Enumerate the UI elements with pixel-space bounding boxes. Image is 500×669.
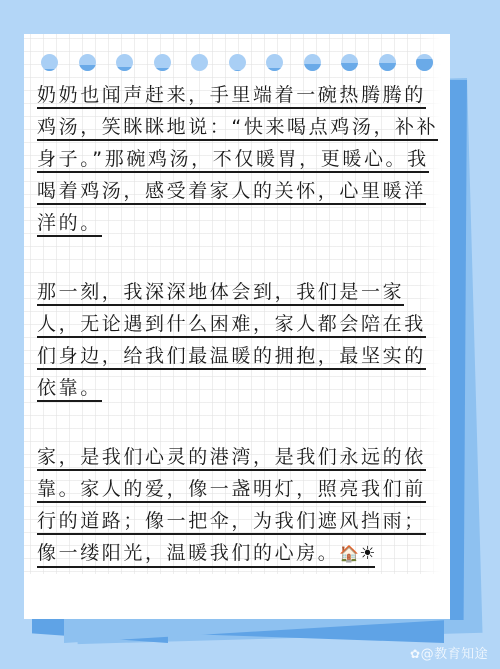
binder-hole-fill xyxy=(266,68,283,71)
binder-hole xyxy=(266,54,283,71)
text-line: 行的道路；像一把伞，为我们遮风挡雨； xyxy=(37,510,426,535)
binder-hole-fill xyxy=(379,63,396,72)
binder-hole-fill xyxy=(154,68,171,71)
text-line: 家，是我们心灵的港湾，是我们永远的依 xyxy=(37,446,426,471)
house-icon: 🏠 xyxy=(339,544,359,563)
binder-holes xyxy=(41,54,433,72)
text-line: 人，无论遇到什么困难，家人都会陪在我 xyxy=(37,313,426,338)
binder-hole xyxy=(379,54,396,71)
text-line: 那一刻，我深深地体会到，我们是一家 xyxy=(37,281,404,306)
text-line: 鸡汤，笑眯眯地说：“快来喝点鸡汤，补补 xyxy=(37,116,438,141)
paragraph-1: 奶奶也闻声赶来，手里端着一碗热腾腾的 鸡汤，笑眯眯地说：“快来喝点鸡汤，补补 身… xyxy=(37,84,437,244)
paragraph-2: 那一刻，我深深地体会到，我们是一家 人，无论遇到什么困难，家人都会陪在我 们身边… xyxy=(37,281,437,409)
text-content: 奶奶也闻声赶来，手里端着一碗热腾腾的 鸡汤，笑眯眯地说：“快来喝点鸡汤，补补 身… xyxy=(37,84,437,611)
binder-hole xyxy=(416,54,433,71)
text-line: 奶奶也闻声赶来，手里端着一碗热腾腾的 xyxy=(37,84,426,109)
binder-hole xyxy=(154,54,171,71)
text-line: 们身边，给我们最温暖的拥抱，最坚实的 xyxy=(37,345,426,370)
paw-icon: ✿ xyxy=(410,647,421,661)
binder-hole xyxy=(116,54,133,71)
binder-hole-fill xyxy=(416,59,433,71)
watermark-text: @教育知途 xyxy=(421,647,489,662)
binder-hole xyxy=(79,54,96,71)
binder-hole xyxy=(341,54,358,71)
text-line-with-icons: 像一缕阳光，温暖我们的心房。🏠☀ xyxy=(37,542,375,568)
binder-hole-fill xyxy=(79,65,96,71)
binder-hole-fill xyxy=(116,67,133,71)
binder-hole xyxy=(304,54,321,71)
binder-hole xyxy=(41,54,58,71)
text-line: 身子。”那碗鸡汤，不仅暖胃，更暖心。我 xyxy=(37,148,429,173)
binder-hole xyxy=(229,54,246,71)
text-line: 依靠。 xyxy=(37,377,102,402)
text-line: 像一缕阳光，温暖我们的心房。 xyxy=(37,542,339,564)
paragraph-3: 家，是我们心灵的港湾，是我们永远的依 靠。家人的爱，像一盏明灯，照亮我们前 行的… xyxy=(37,446,437,574)
binder-hole-fill xyxy=(304,64,321,71)
watermark: ✿@教育知途 xyxy=(410,643,488,662)
binder-hole-fill xyxy=(341,63,358,71)
binder-hole-fill xyxy=(41,69,58,71)
sun-icon: ☀ xyxy=(359,543,375,564)
text-line: 喝着鸡汤，感受着家人的关怀，心里暖洋 xyxy=(37,180,426,205)
text-line: 洋的。 xyxy=(37,212,102,237)
text-line: 靠。家人的爱，像一盏明灯，照亮我们前 xyxy=(37,478,426,503)
binder-hole-fill xyxy=(229,70,246,71)
binder-hole xyxy=(191,54,208,71)
